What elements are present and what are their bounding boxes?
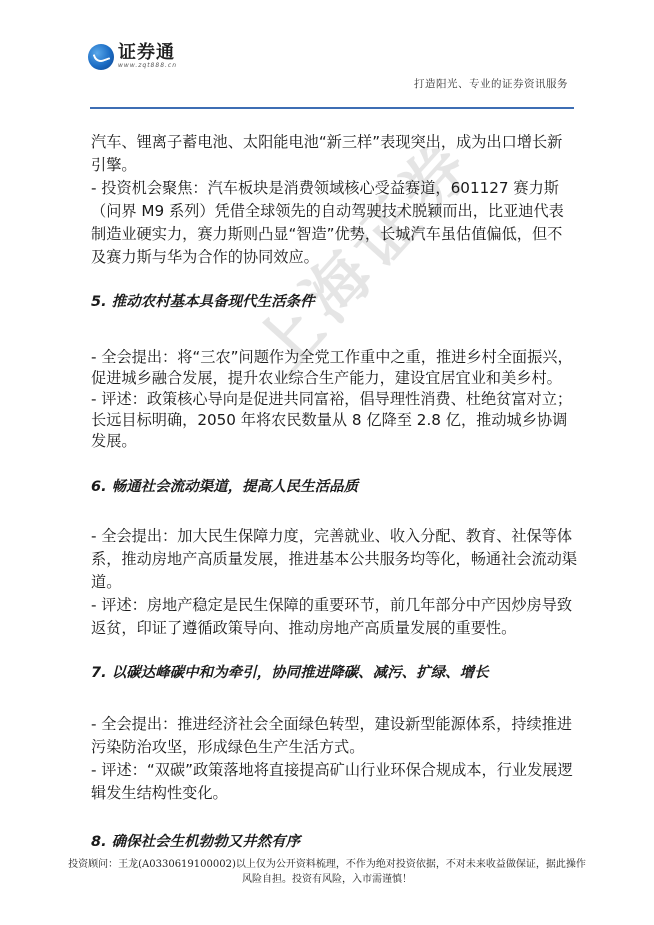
- section-comment: - 评述：房地产稳定是民生保障的重要环节，前几年部分中产因炒房导致返贫，印证了遵…: [91, 594, 577, 640]
- logo-name: 证券通: [118, 44, 177, 62]
- page-header: 证券通 www.zqt888.cn 打造阳光、专业的证券资讯服务: [0, 0, 654, 115]
- logo-url: www.zqt888.cn: [118, 62, 177, 70]
- section-comment: - 评述：政策核心导向是促进共同富裕，倡导理性消费、杜绝贫富对立；长远目标明确，…: [91, 389, 577, 452]
- header-slogan: 打造阳光、专业的证券资讯服务: [414, 76, 568, 91]
- paragraph: - 投资机会聚焦：汽车板块是消费领域核心受益赛道，601127 赛力斯（问界 M…: [91, 177, 577, 269]
- document-body: 汽车、锂离子蓄电池、太阳能电池“新三样”表现突出，成为出口增长新引擎。 - 投资…: [91, 131, 577, 854]
- paragraph: 汽车、锂离子蓄电池、太阳能电池“新三样”表现突出，成为出口增长新引擎。: [91, 131, 577, 177]
- brand-logo: 证券通 www.zqt888.cn: [88, 44, 177, 70]
- section-proposal: - 全会提出：推进经济社会全面绿色转型，建设新型能源体系，持续推进污染防治攻坚，…: [91, 713, 577, 759]
- logo-icon: [88, 44, 114, 70]
- header-divider: [90, 107, 574, 109]
- disclaimer-footer: 投资顾问：王龙(A0330619100002)以上仅为公开资料梳理，不作为绝对投…: [60, 857, 594, 887]
- section-heading: 7. 以碳达峰碳中和为牵引，协同推进降碳、减污、扩绿、增长: [91, 662, 577, 685]
- section-proposal: - 全会提出：将“三农”问题作为全党工作重中之重，推进乡村全面振兴，促进城乡融合…: [91, 347, 577, 389]
- section-heading: 6. 畅通社会流动渠道，提高人民生活品质: [91, 476, 577, 499]
- section-heading: 5. 推动农村基本具备现代生活条件: [91, 291, 577, 314]
- section-heading: 8. 确保社会生机勃勃又井然有序: [91, 831, 577, 854]
- section-comment: - 评述：“双碳”政策落地将直接提高矿山行业环保合规成本，行业发展逻辑发生结构性…: [91, 759, 577, 805]
- section-proposal: - 全会提出：加大民生保障力度，完善就业、收入分配、教育、社保等体系，推动房地产…: [91, 525, 577, 594]
- disclaimer-line: 风险自担。投资有风险，入市需谨慎！: [60, 872, 594, 887]
- disclaimer-line: 投资顾问：王龙(A0330619100002)以上仅为公开资料梳理，不作为绝对投…: [60, 857, 594, 872]
